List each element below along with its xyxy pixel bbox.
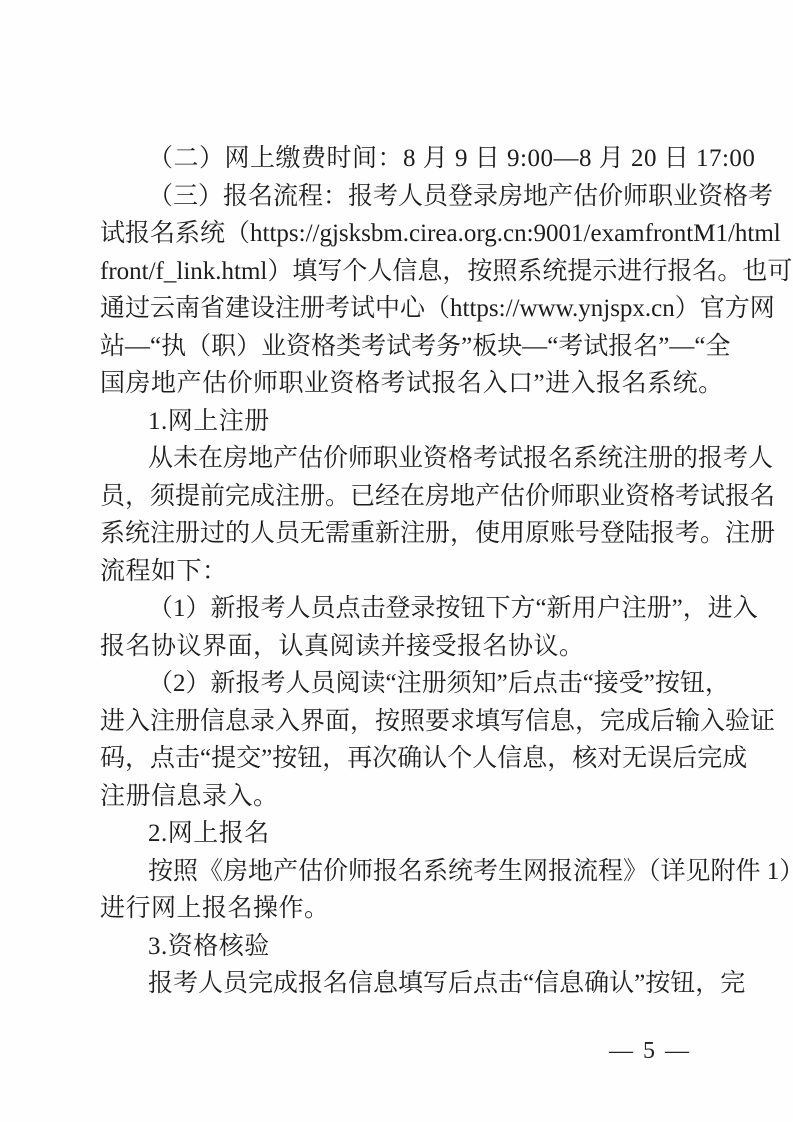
document-line: 系统注册过的人员无需重新注册，使用原账号登陆报考。注册	[100, 515, 710, 553]
document-line: 3.资格核验	[100, 928, 710, 966]
document-line: （1）新报考人员点击登录按钮下方“新用户注册”，进入	[100, 590, 710, 628]
document-line: 1.网上注册	[100, 403, 710, 441]
document-line: （三）报名流程：报考人员登录房地产估价师职业资格考	[100, 178, 710, 216]
document-line: 通过云南省建设注册考试中心（https://www.ynjspx.cn）官方网	[100, 290, 710, 328]
document-line: 从未在房地产估价师职业资格考试报名系统注册的报考人	[100, 440, 710, 478]
document-line: 报名协议界面，认真阅读并接受报名协议。	[100, 628, 710, 666]
document-line: 报考人员完成报名信息填写后点击“信息确认”按钮，完	[100, 965, 710, 1003]
document-line: front/f_link.html）填写个人信息，按照系统提示进行报名。也可	[100, 253, 710, 291]
document-line: 流程如下：	[100, 553, 710, 591]
document-line: 按照《房地产估价师报名系统考生网报流程》（详见附件 1）	[100, 853, 710, 891]
document-line: （二）网上缴费时间：8 月 9 日 9:00—8 月 20 日 17:00	[100, 140, 710, 178]
document-page: （二）网上缴费时间：8 月 9 日 9:00—8 月 20 日 17:00（三）…	[0, 0, 793, 1122]
document-line: 国房地产估价师职业资格考试报名入口”进入报名系统。	[100, 365, 710, 403]
document-line: 码，点击“提交”按钮，再次确认个人信息，核对无误后完成	[100, 740, 710, 778]
document-line: （2）新报考人员阅读“注册须知”后点击“接受”按钮，	[100, 665, 710, 703]
document-line: 注册信息录入。	[100, 778, 710, 816]
document-line: 2.网上报名	[100, 815, 710, 853]
document-line: 进入注册信息录入界面，按照要求填写信息，完成后输入验证	[100, 703, 710, 741]
page-number: — 5 —	[590, 1038, 710, 1065]
document-body: （二）网上缴费时间：8 月 9 日 9:00—8 月 20 日 17:00（三）…	[100, 140, 710, 1003]
document-line: 试报名系统（https://gjsksbm.cirea.org.cn:9001/…	[100, 215, 710, 253]
document-line: 进行网上报名操作。	[100, 890, 710, 928]
document-line: 员，须提前完成注册。已经在房地产估价师职业资格考试报名	[100, 478, 710, 516]
document-line: 站—“执（职）业资格类考试考务”板块—“考试报名”—“全	[100, 328, 710, 366]
